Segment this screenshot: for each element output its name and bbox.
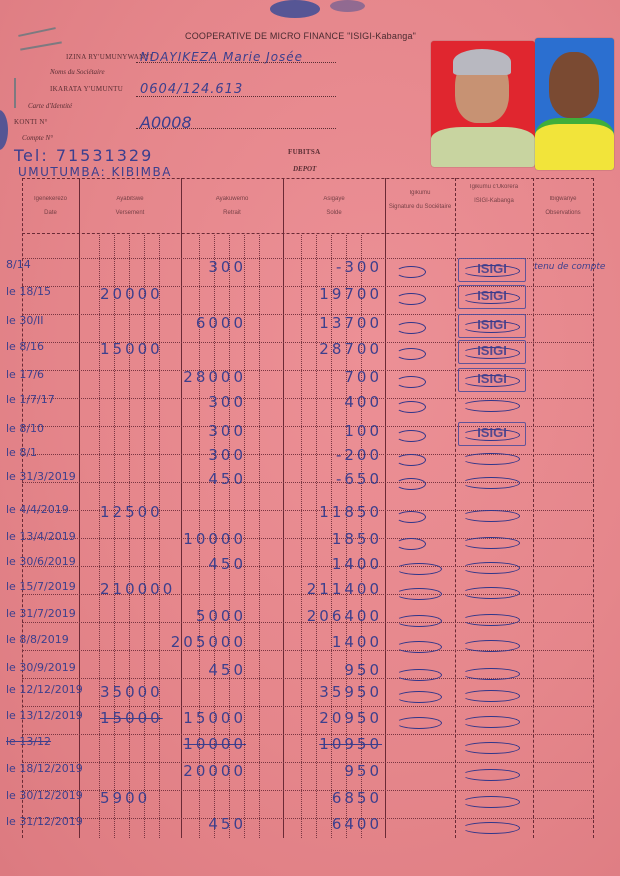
member-signature-icon [396,376,426,388]
date-cell: le 31/12/2019 [6,815,83,828]
id-card-label: IKARATA Y'UMUNTU [50,85,123,93]
date-cell: le 13/12/2019 [6,709,83,722]
balance-cell: -650 [336,470,382,488]
balance-cell: -300 [336,258,382,276]
withdrawal-cell: 450 [208,470,246,488]
col-header-member-signature: IgikumuSignature du Sociétaire [385,186,455,214]
table-row: le 8/8/20192050001400 [0,633,620,661]
photo-clothing [535,118,614,170]
staple-icon [18,27,56,37]
passbook-card: COOPERATIVE DE MICRO FINANCE "ISIGI-Kaba… [0,0,620,876]
date-cell: le 31/3/2019 [6,470,76,483]
agent-signature-icon [462,716,520,728]
member-signature-icon [396,430,426,442]
staple-icon [20,41,62,50]
withdrawal-cell: 300 [208,446,246,464]
withdrawal-cell: 300 [208,393,246,411]
withdrawal-cell: 5000 [196,607,246,625]
date-cell: le 8/10 [6,422,44,435]
isigi-stamp: ISIGI [458,340,526,364]
agent-signature-icon [462,668,520,680]
table-row: le 18/12/201920000950 [0,762,620,790]
date-cell: le 30/12/2019 [6,789,83,802]
member-signature-icon [396,691,442,703]
date-cell: le 18/15 [6,285,51,298]
col-sublabel: Retrait [181,206,283,220]
date-cell: le 8/1 [6,446,37,459]
balance-cell: 19700 [319,285,382,303]
table-row: 8/14300-300ISIGI [0,258,620,286]
agent-signature-icon [462,614,520,626]
isigi-stamp: ISIGI [458,422,526,446]
agent-signature-icon [462,400,520,412]
col-label: Igenekerezo [22,192,79,206]
col-sublabel: Observations [533,206,593,220]
deposit-cell: 35000 [100,683,163,701]
balance-cell: 100 [344,422,382,440]
date-cell: le 8/8/2019 [6,633,69,646]
col-label: Ayabitswe [79,192,181,206]
isigi-stamp: ISIGI [458,258,526,282]
balance-cell: 700 [344,368,382,386]
deposit-cell: 210000 [100,580,175,598]
member-signature-icon [396,348,426,360]
date-cell: le 30/II [6,314,44,327]
member-signature-icon [396,401,426,413]
table-row: le 13/4/2019100001850 [0,530,620,558]
member-signature-icon [396,641,442,653]
account-sublabel: Compte N° [22,134,53,142]
withdrawal-cell: 300 [208,258,246,276]
col-header-date: IgenekerezoDate [22,192,79,220]
member-signature-icon [396,293,426,305]
table-row: le 4/4/20191250011850 [0,503,620,531]
isigi-stamp: ISIGI [458,314,526,338]
balance-cell: 1400 [332,633,382,651]
col-label: Igikumu [385,186,455,200]
col-sublabel: Date [22,206,79,220]
ink-stain [330,0,365,12]
balance-cell: 6850 [332,789,382,807]
balance-cell: 1400 [332,555,382,573]
date-cell: le 4/4/2019 [6,503,69,516]
col-sublabel: Versement [79,206,181,220]
balance-cell: 950 [344,661,382,679]
withdrawal-cell: 10000 [183,530,246,548]
staple-icon [14,78,16,108]
withdrawal-cell: 20000 [183,762,246,780]
member-signature-icon [396,669,442,681]
col-header-deposit: AyabitsweVersement [79,192,181,220]
male-member-photo [535,38,614,170]
col-label: Asigaye [283,192,385,206]
agent-signature-icon [462,796,520,808]
table-row: le 31/12/20194506400 [0,815,620,843]
ink-stain [0,110,8,150]
header-bottom-line [22,233,594,234]
balance-cell: 35950 [319,683,382,701]
col-header-withdrawal: AyakuwemoRetrait [181,192,283,220]
member-signature-icon [396,717,442,729]
balance-cell: 211400 [307,580,382,598]
phone-number: Tel: 71531329 [14,146,153,165]
agent-signature-icon [462,769,520,781]
col-sublabel: Solde [283,206,385,220]
institution-title: COOPERATIVE DE MICRO FINANCE "ISIGI-Kaba… [185,31,416,41]
id-card-dotline [136,96,336,97]
table-row: le 13/12/2019150001500020950 [0,709,620,737]
table-row: le 18/152000019700ISIGI [0,285,620,313]
date-cell: le 13/4/2019 [6,530,76,543]
date-cell: le 17/6 [6,368,44,381]
balance-cell: 13700 [319,314,382,332]
balance-cell: 206400 [307,607,382,625]
date-cell: le 1/7/17 [6,393,55,406]
date-cell: le 8/16 [6,340,44,353]
date-cell: le 13/12 [6,735,51,748]
member-signature-icon [396,511,426,523]
table-row: le 15/7/2019210000211400 [0,580,620,608]
photo-head [549,52,599,118]
date-cell: le 12/12/2019 [6,683,83,696]
date-cell: le 18/12/2019 [6,762,83,775]
col-sublabel: ISIGI-Kabanga [455,194,533,208]
location-value: UMUTUMBA: KIBIMBA [18,165,172,179]
agent-signature-icon [462,690,520,702]
photo-headscarf [453,49,511,75]
member-signature-icon [396,615,442,627]
deposit-cell: 5900 [100,789,150,807]
balance-cell: 400 [344,393,382,411]
account-number-value: A0008 [140,113,192,132]
section-title: FUBITSA [288,148,320,156]
agent-signature-icon [462,640,520,652]
member-signature-icon [396,266,426,278]
withdrawal-cell: 6000 [196,314,246,332]
col-header-observations: IbigwanyeObservations [533,192,593,220]
deposit-cell: 12500 [100,503,163,521]
female-member-photo [431,41,535,167]
withdrawal-cell: 28000 [183,368,246,386]
agent-signature-icon [462,742,520,754]
deposit-cell: 15000 [100,709,163,727]
deposit-cell: 20000 [100,285,163,303]
member-signature-icon [396,563,442,575]
balance-cell: 10950 [319,735,382,753]
agent-signature-icon [462,510,520,522]
agent-signature-icon [462,822,520,834]
balance-cell: 6400 [332,815,382,833]
date-cell: 8/14 [6,258,31,271]
member-signature-icon [396,478,426,490]
id-card-sublabel: Carte d'Identité [28,102,72,110]
table-row: le 30/II600013700ISIGI [0,314,620,342]
balance-cell: -200 [336,446,382,464]
date-cell: le 30/6/2019 [6,555,76,568]
col-label: Igikumu c'Ukorera [455,180,533,194]
withdrawal-cell: 450 [208,555,246,573]
col-header-balance: AsigayeSolde [283,192,385,220]
agent-signature-icon [462,587,520,599]
table-row: le 12/12/20193500035950 [0,683,620,711]
member-signature-icon [396,588,442,600]
section-subtitle: DEPOT [293,165,316,173]
balance-cell: 28700 [319,340,382,358]
balance-cell: 950 [344,762,382,780]
table-row: le 8/161500028700ISIGI [0,340,620,368]
table-row: le 17/628000700ISIGI [0,368,620,396]
agent-signature-icon [462,477,520,489]
withdrawal-cell: 15000 [183,709,246,727]
col-label: Ayakuwemo [181,192,283,206]
ink-stain [270,0,320,18]
isigi-stamp: ISIGI [458,285,526,309]
member-signature-icon [396,454,426,466]
header-top-line [22,178,594,179]
member-signature-icon [396,538,426,550]
account-label: KONTI N° [14,118,48,126]
balance-cell: 1850 [332,530,382,548]
withdrawal-cell: 450 [208,815,246,833]
col-header-agent-signature: Igikumu c'UkoreraISIGI-Kabanga [455,180,533,208]
withdrawal-cell: 450 [208,661,246,679]
withdrawal-cell: 10000 [183,735,246,753]
table-row: le 13/121000010950 [0,735,620,763]
deposit-cell: 15000 [100,340,163,358]
balance-cell: 20950 [319,709,382,727]
table-row: le 31/3/2019450-650 [0,470,620,498]
id-card-value: 0604/124.613 [140,82,243,97]
table-row: le 31/7/20195000206400 [0,607,620,635]
table-row: le 30/6/20194501400 [0,555,620,583]
agent-signature-icon [462,453,520,465]
account-dotline [136,128,336,129]
balance-cell: 11850 [319,503,382,521]
col-label: Ibigwanye [533,192,593,206]
col-sublabel: Signature du Sociétaire [385,200,455,214]
agent-signature-icon [462,562,520,574]
date-cell: le 30/9/2019 [6,661,76,674]
member-name-dotline [136,62,336,63]
date-cell: le 15/7/2019 [6,580,76,593]
member-name-sublabel: Noms du Sociétaire [50,68,105,76]
photo-clothing [431,127,535,167]
withdrawal-cell: 205000 [171,633,246,651]
date-cell: le 31/7/2019 [6,607,76,620]
withdrawal-cell: 300 [208,422,246,440]
agent-signature-icon [462,537,520,549]
table-row: le 1/7/17300400 [0,393,620,421]
isigi-stamp: ISIGI [458,368,526,392]
member-signature-icon [396,322,426,334]
table-row: le 30/12/201959006850 [0,789,620,817]
